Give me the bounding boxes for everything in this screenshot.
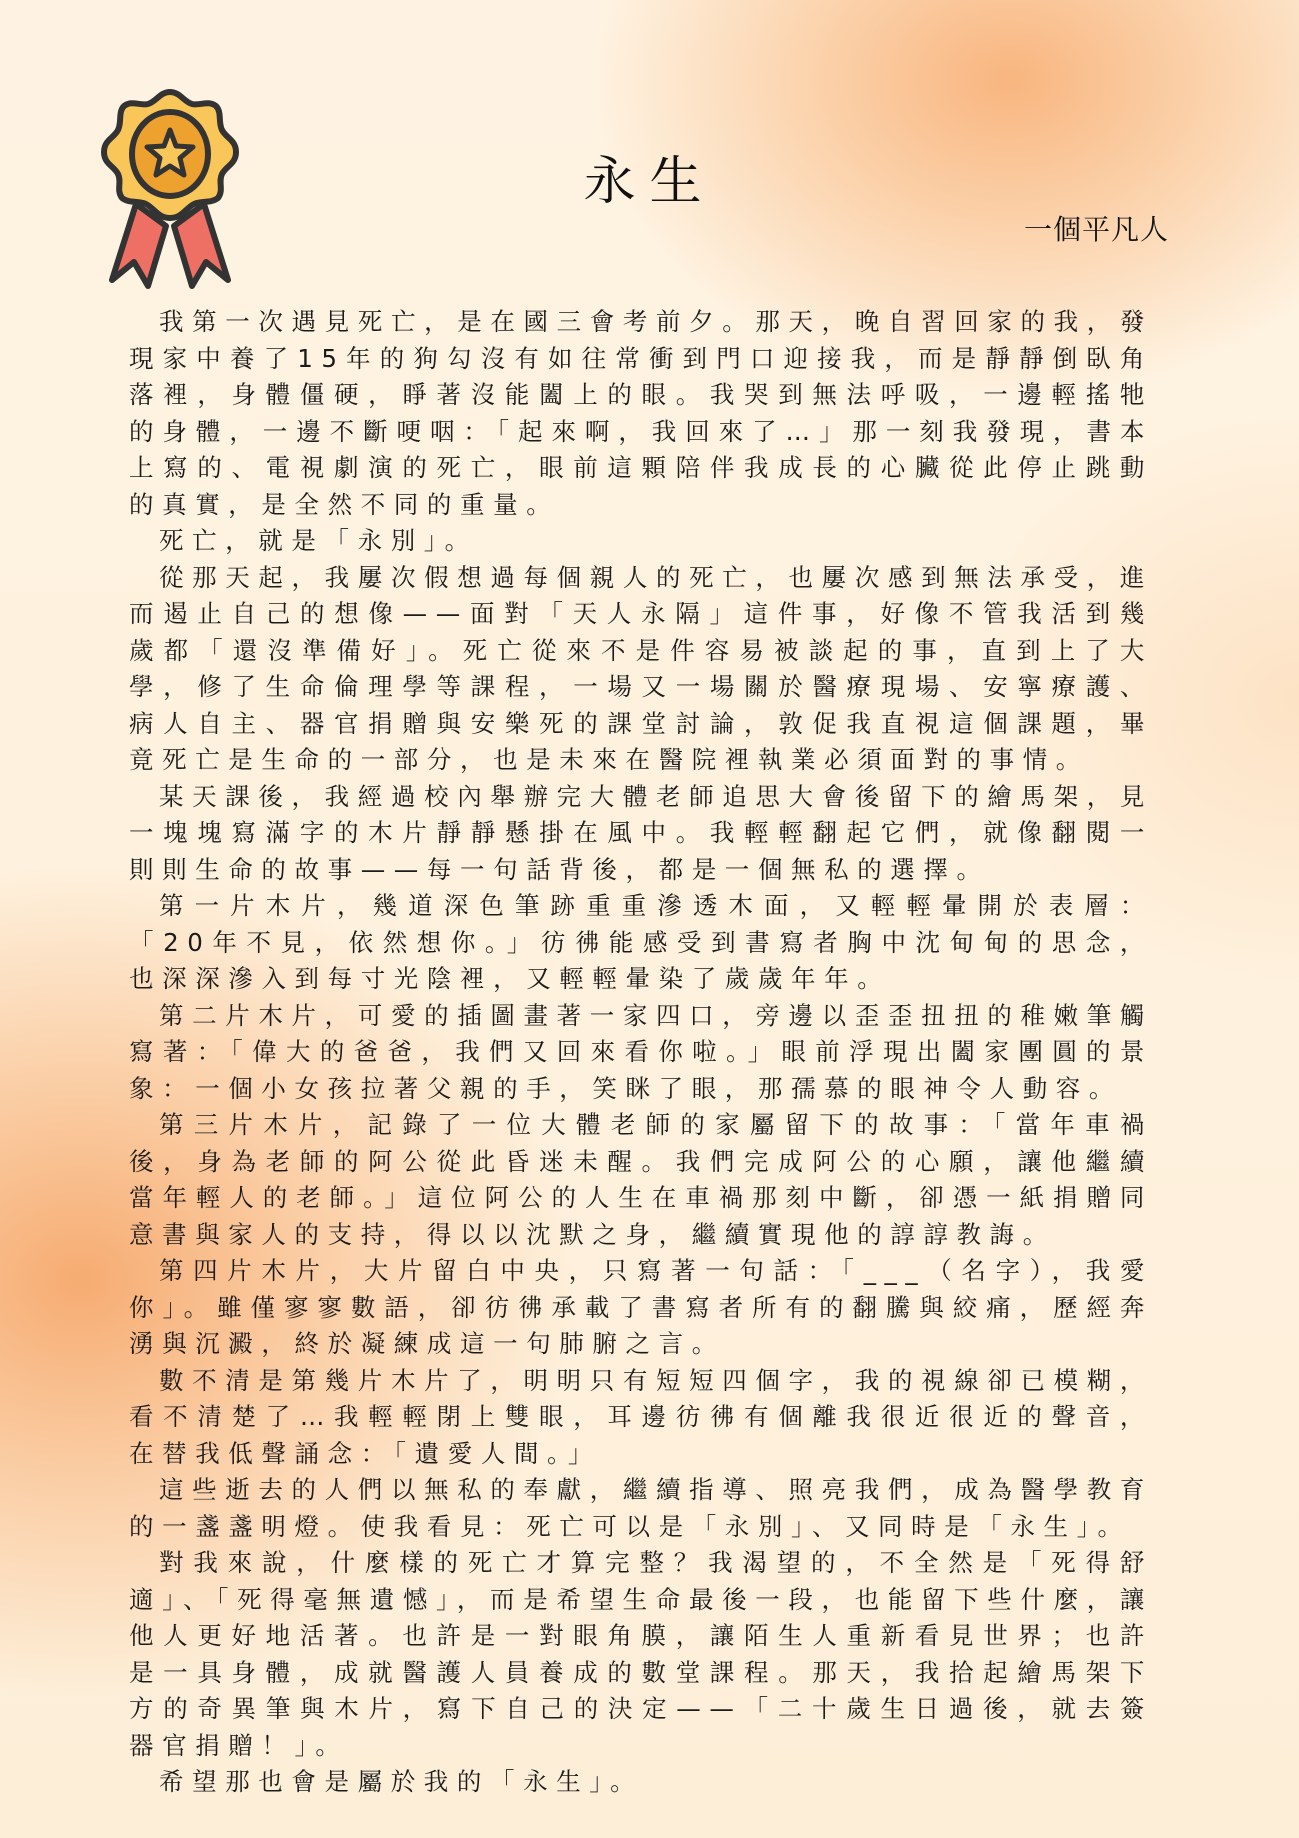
paragraph: 數不清是第幾片木片了，明明只有短短四個字，我的視線卻已模糊，看不清楚了…我輕輕閉… (129, 1363, 1153, 1473)
paragraph: 第四片木片，大片留白中央，只寫著一句話：「___（名字），我愛你」。雖僅寥寥數語… (129, 1253, 1153, 1363)
paragraph: 第三片木片，記錄了一位大體老師的家屬留下的故事：「當年車禍後，身為老師的阿公從此… (129, 1107, 1153, 1253)
paragraph: 某天課後，我經過校內舉辦完大體老師追思大會後留下的繪馬架，見一塊塊寫滿字的木片靜… (129, 779, 1153, 889)
page-title: 永生 (0, 156, 1299, 208)
paragraph: 對我來說，什麼樣的死亡才算完整？我渴望的，不全然是「死得舒適」、「死得毫無遺憾」… (129, 1545, 1153, 1764)
paragraph: 希望那也會是屬於我的「永生」。 (129, 1764, 1153, 1801)
paragraph: 從那天起，我屢次假想過每個親人的死亡，也屢次感到無法承受，進而遏止自己的想像——… (129, 560, 1153, 779)
paragraph: 這些逝去的人們以無私的奉獻，繼續指導、照亮我們，成為醫學教育的一盞盞明燈。使我看… (129, 1472, 1153, 1545)
author-name: 一個平凡人 (1024, 216, 1169, 244)
paragraph: 我第一次遇見死亡，是在國三會考前夕。那天，晚自習回家的我，發現家中養了15年的狗… (129, 304, 1153, 523)
paragraph: 死亡，就是「永別」。 (129, 523, 1153, 560)
paragraph: 第二片木片，可愛的插圖畫著一家四口，旁邊以歪歪扭扭的稚嫩筆觸寫著：「偉大的爸爸，… (129, 998, 1153, 1108)
article-body: 我第一次遇見死亡，是在國三會考前夕。那天，晚自習回家的我，發現家中養了15年的狗… (129, 304, 1153, 1801)
paragraph: 第一片木片，幾道深色筆跡重重滲透木面，又輕輕暈開於表層：「20年不見，依然想你。… (129, 888, 1153, 998)
